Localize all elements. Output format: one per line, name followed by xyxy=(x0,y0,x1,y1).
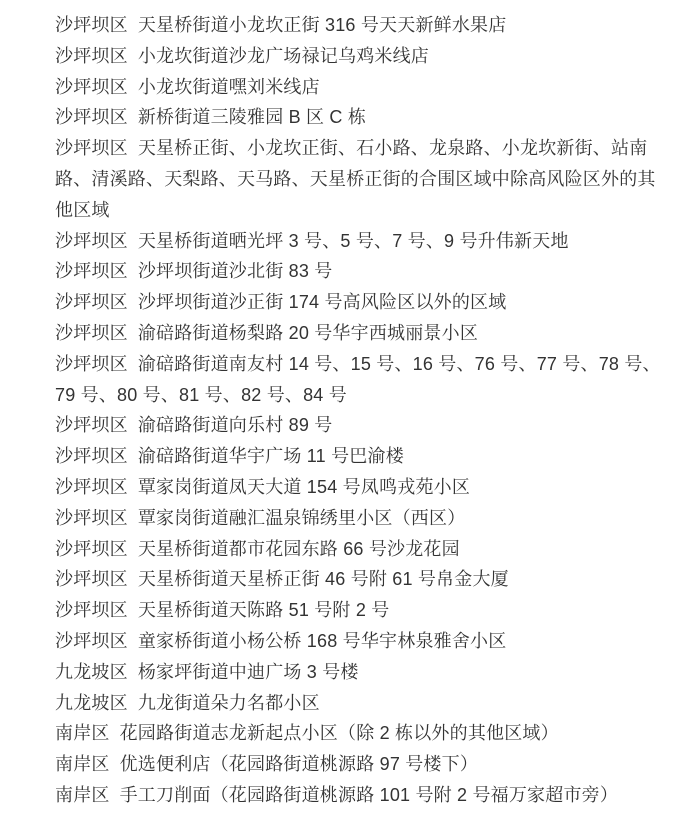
entry-district: 沙坪坝区 xyxy=(55,446,128,466)
list-item: 沙坪坝区渝碚路街道向乐村 89 号 xyxy=(55,410,671,441)
entry-address: 渝碚路街道华宇广场 11 号巴渝楼 xyxy=(138,446,404,466)
entry-district: 沙坪坝区 xyxy=(55,77,128,97)
list-item: 沙坪坝区覃家岗街道融汇温泉锦绣里小区（西区） xyxy=(55,503,671,534)
entry-district: 沙坪坝区 xyxy=(55,415,128,435)
list-item: 沙坪坝区沙坪坝街道沙正街 174 号高风险区以外的区域 xyxy=(55,287,671,318)
entry-address: 小龙坎街道嘿刘米线店 xyxy=(138,77,320,97)
entry-address: 渝碚路街道杨梨路 20 号华宇西城丽景小区 xyxy=(138,323,478,343)
list-item: 九龙坡区九龙街道朵力名都小区 xyxy=(55,688,671,719)
list-item: 沙坪坝区渝碚路街道华宇广场 11 号巴渝楼 xyxy=(55,441,671,472)
entry-address: 小龙坎街道沙龙广场禄记乌鸡米线店 xyxy=(138,46,429,66)
list-item: 沙坪坝区天星桥街道小龙坎正街 316 号天天新鲜水果店 xyxy=(55,10,671,41)
entry-district: 沙坪坝区 xyxy=(55,354,128,374)
list-item: 南岸区手工刀削面（花园路街道桃源路 101 号附 2 号福万家超市旁） xyxy=(55,780,671,811)
entry-district: 沙坪坝区 xyxy=(55,231,128,251)
entry-address: 天星桥街道都市花园东路 66 号沙龙花园 xyxy=(138,539,460,559)
entry-district: 沙坪坝区 xyxy=(55,477,128,497)
entry-district: 沙坪坝区 xyxy=(55,569,128,589)
entry-address: 天星桥街道天星桥正街 46 号附 61 号帛金大厦 xyxy=(138,569,509,589)
entry-district: 沙坪坝区 xyxy=(55,15,128,35)
list-item: 沙坪坝区覃家岗街道凤天大道 154 号凤鸣戎苑小区 xyxy=(55,472,671,503)
entry-address: 手工刀削面（花园路街道桃源路 101 号附 2 号福万家超市旁） xyxy=(120,785,618,805)
entry-address: 沙坪坝街道沙北街 83 号 xyxy=(138,261,333,281)
list-item: 南岸区优选便利店（花园路街道桃源路 97 号楼下） xyxy=(55,749,671,780)
entry-district: 南岸区 xyxy=(55,754,110,774)
entry-district: 南岸区 xyxy=(55,723,110,743)
entry-address: 沙坪坝街道沙正街 174 号高风险区以外的区域 xyxy=(138,292,507,312)
list-item: 沙坪坝区天星桥街道晒光坪 3 号、5 号、7 号、9 号升伟新天地 xyxy=(55,226,671,257)
list-item: 沙坪坝区渝碚路街道杨梨路 20 号华宇西城丽景小区 xyxy=(55,318,671,349)
list-item: 沙坪坝区小龙坎街道沙龙广场禄记乌鸡米线店 xyxy=(55,41,671,72)
entry-district: 沙坪坝区 xyxy=(55,631,128,651)
list-item: 沙坪坝区小龙坎街道嘿刘米线店 xyxy=(55,72,671,103)
list-item: 九龙坡区杨家坪街道中迪广场 3 号楼 xyxy=(55,657,671,688)
list-item: 南岸区花园路街道志龙新起点小区（除 2 栋以外的其他区域） xyxy=(55,718,671,749)
entry-district: 九龙坡区 xyxy=(55,693,128,713)
entry-district: 沙坪坝区 xyxy=(55,261,128,281)
entry-address: 童家桥街道小杨公桥 168 号华宇林泉雅舍小区 xyxy=(138,631,507,651)
entry-address: 花园路街道志龙新起点小区（除 2 栋以外的其他区域） xyxy=(120,723,559,743)
entry-district: 九龙坡区 xyxy=(55,662,128,682)
entry-district: 沙坪坝区 xyxy=(55,508,128,528)
entry-address: 优选便利店（花园路街道桃源路 97 号楼下） xyxy=(120,754,478,774)
entry-address: 九龙街道朵力名都小区 xyxy=(138,693,320,713)
entry-address: 杨家坪街道中迪广场 3 号楼 xyxy=(138,662,359,682)
list-item: 沙坪坝区天星桥正街、小龙坎正街、石小路、龙泉路、小龙坎新街、站南路、清溪路、天梨… xyxy=(55,133,671,225)
entry-address: 天星桥正街、小龙坎正街、石小路、龙泉路、小龙坎新街、站南路、清溪路、天梨路、天马… xyxy=(55,138,656,220)
entry-address: 新桥街道三陵雅园 B 区 C 栋 xyxy=(138,107,366,127)
list-item: 沙坪坝区童家桥街道小杨公桥 168 号华宇林泉雅舍小区 xyxy=(55,626,671,657)
entry-address: 渝碚路街道向乐村 89 号 xyxy=(138,415,333,435)
risk-area-list: 沙坪坝区天星桥街道小龙坎正街 316 号天天新鲜水果店 沙坪坝区小龙坎街道沙龙广… xyxy=(0,0,679,830)
entry-address: 覃家岗街道融汇温泉锦绣里小区（西区） xyxy=(138,508,466,528)
list-item: 沙坪坝区渝碚路街道南友村 14 号、15 号、16 号、76 号、77 号、78… xyxy=(55,349,671,411)
entry-district: 沙坪坝区 xyxy=(55,323,128,343)
entry-district: 沙坪坝区 xyxy=(55,107,128,127)
entry-address: 天星桥街道晒光坪 3 号、5 号、7 号、9 号升伟新天地 xyxy=(138,231,569,251)
entry-district: 沙坪坝区 xyxy=(55,138,128,158)
entry-district: 南岸区 xyxy=(55,785,110,805)
list-item: 沙坪坝区天星桥街道天星桥正街 46 号附 61 号帛金大厦 xyxy=(55,564,671,595)
list-item: 沙坪坝区天星桥街道都市花园东路 66 号沙龙花园 xyxy=(55,534,671,565)
entry-district: 沙坪坝区 xyxy=(55,539,128,559)
entry-address: 渝碚路街道南友村 14 号、15 号、16 号、76 号、77 号、78 号、7… xyxy=(55,354,661,405)
entry-address: 天星桥街道小龙坎正街 316 号天天新鲜水果店 xyxy=(138,15,507,35)
entry-district: 沙坪坝区 xyxy=(55,46,128,66)
list-item: 沙坪坝区沙坪坝街道沙北街 83 号 xyxy=(55,256,671,287)
entry-district: 沙坪坝区 xyxy=(55,600,128,620)
list-item: 沙坪坝区新桥街道三陵雅园 B 区 C 栋 xyxy=(55,102,671,133)
entry-district: 沙坪坝区 xyxy=(55,292,128,312)
entry-address: 覃家岗街道凤天大道 154 号凤鸣戎苑小区 xyxy=(138,477,470,497)
entry-address: 天星桥街道天陈路 51 号附 2 号 xyxy=(138,600,390,620)
list-item: 沙坪坝区天星桥街道天陈路 51 号附 2 号 xyxy=(55,595,671,626)
